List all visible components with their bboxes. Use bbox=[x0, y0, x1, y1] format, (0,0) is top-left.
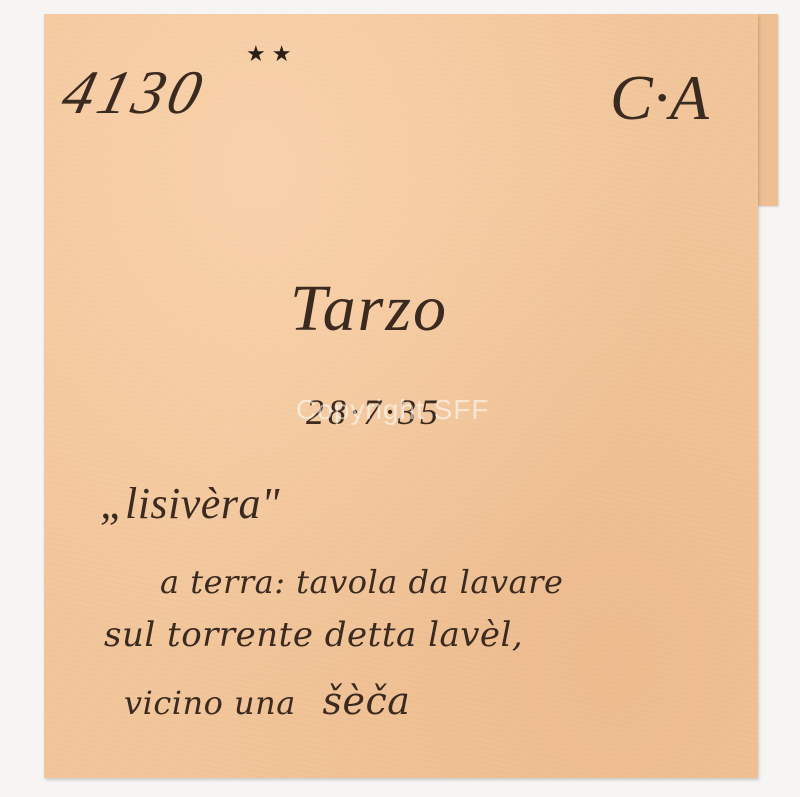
catalog-number: 4130 bbox=[56, 62, 211, 124]
star-marks-icon: ★★ bbox=[246, 42, 297, 67]
collection-mark: C·A bbox=[610, 66, 709, 130]
copyright-watermark: Copyright SFF bbox=[296, 394, 490, 426]
place-name: Tarzo bbox=[290, 276, 448, 342]
description-line-3: vicino una šèča bbox=[124, 682, 410, 720]
description-line-1: a terra: tavola da lavare bbox=[160, 566, 563, 598]
specimen-card: 4130 ★★ C·A Tarzo 28·7·35 Copyright SFF … bbox=[44, 14, 758, 778]
dialect-term: „lisivèra" bbox=[100, 482, 280, 526]
description-line-3-text: vicino una bbox=[124, 684, 296, 722]
emphasized-word: šèča bbox=[322, 679, 410, 723]
description-line-2: sul torrente detta lavèl, bbox=[104, 618, 523, 652]
